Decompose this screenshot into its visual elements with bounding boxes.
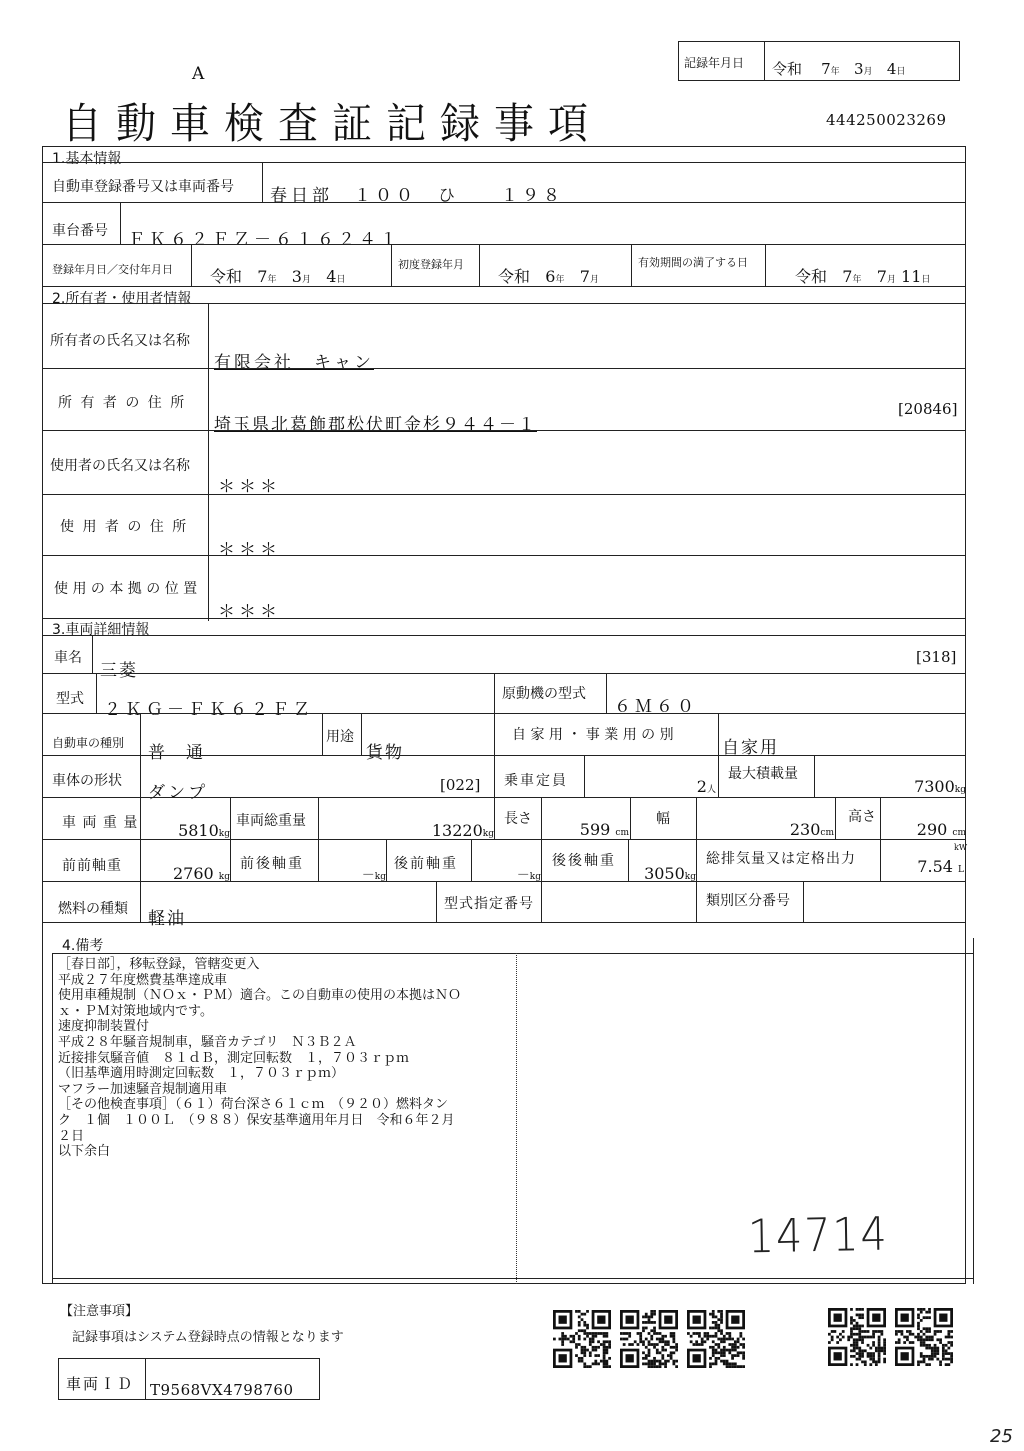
base-location-label: 使 用 の 本 拠 の 位 置 — [54, 578, 197, 598]
first-registration-date: 令和 6年 7月 — [498, 264, 599, 287]
first-registration-label: 初度登録年月 — [398, 256, 464, 272]
page-note: 25 — [990, 1426, 1013, 1447]
body-shape-code: [022] — [440, 776, 480, 794]
model: ２ＫＧ－ＦＫ６２ＦＺ — [104, 695, 314, 720]
expiry-date: 令和 7年 7月 11日 — [795, 264, 930, 287]
vehicle-id-label: 車両ＩＤ — [66, 1373, 134, 1394]
make: 三菱 — [100, 656, 138, 681]
category-label: 自動車の種別 — [52, 734, 124, 751]
max-load-label: 最大積載量 — [728, 763, 798, 783]
displacement: 7.54 L — [880, 857, 964, 876]
notice-text: 記録事項はシステム登録時点の情報となります — [72, 1326, 344, 1345]
record-date-label: 記録年月日 — [684, 54, 744, 71]
qr-code-icon — [687, 1310, 745, 1368]
document-title: 自動車検査証記録事項 — [62, 91, 602, 151]
private-business-label: 自 家 用 ・ 事 業 用 の 別 — [512, 724, 674, 744]
capacity: 2人 — [584, 777, 716, 796]
owner-address-code: [20846] — [898, 400, 957, 418]
qr-code-icon — [620, 1310, 678, 1368]
section3-heading: 3.車両詳細情報 — [52, 619, 149, 639]
document-number: 444250023269 — [826, 111, 947, 129]
qr-code-icon — [553, 1310, 611, 1368]
purpose: 貨物 — [366, 738, 404, 763]
length-label: 長さ — [504, 808, 532, 828]
registration-number-label: 自動車登録番号又は車両番号 — [52, 176, 234, 196]
gross-weight: 13220kg — [318, 821, 494, 840]
registration-date: 令和 7年 3月 4日 — [210, 264, 345, 287]
chassis-number: ＦＫ６２ＦＺ－６１６２４１ — [128, 225, 401, 250]
form-marker: A — [192, 64, 204, 84]
section4-heading: 4.備考 — [62, 935, 103, 955]
purpose-label: 用途 — [326, 726, 354, 746]
displacement-label: 総排気量又は定格出力 — [706, 848, 856, 868]
rf-axle-label: 後前軸重 — [394, 853, 458, 873]
qr-code-icon — [895, 1308, 953, 1366]
section1-heading: 1.基本情報 — [52, 148, 121, 168]
section2-heading: 2.所有者・使用者情報 — [52, 288, 191, 308]
model-label: 型式 — [56, 688, 84, 708]
fr-axle-label: 前後軸重 — [240, 853, 304, 873]
owner-name: 有限会社 キャン — [214, 348, 374, 373]
handwritten-note: 14714 — [747, 1207, 889, 1264]
user-name-label: 使用者の氏名又は名称 — [50, 455, 190, 475]
length: 599 cm — [541, 820, 629, 839]
displacement-unit-kw: kW — [954, 843, 967, 852]
vehicle-weight: 5810kg — [140, 821, 230, 840]
qr-code-icon — [828, 1308, 886, 1366]
record-date: 令和 7年 3月 4日 — [772, 58, 905, 79]
body-shape: ダンプ — [148, 778, 208, 803]
chassis-number-label: 車台番号 — [52, 220, 108, 240]
height: 290 cm — [880, 820, 966, 839]
user-address: ＊＊＊ — [218, 535, 281, 560]
width-label: 幅 — [656, 808, 670, 828]
make-code: [318] — [916, 648, 956, 666]
ff-axle-label: 前前軸重 — [62, 855, 122, 875]
vehicle-id: T9568VX4798760 — [150, 1381, 294, 1399]
vehicle-weight-label: 車 両 重 量 — [62, 812, 138, 832]
gross-weight-label: 車両総重量 — [236, 810, 306, 830]
fuel: 軽油 — [148, 904, 186, 929]
remarks-text: ［春日部］，移転登録，管轄変更入 平成２７年度燃費基準達成車 使用車種規制（ＮＯ… — [58, 957, 461, 1160]
user-address-label: 使 用 者 の 住 所 — [60, 516, 188, 536]
category: 普 通 — [148, 738, 205, 763]
owner-address-label: 所 有 者 の 住 所 — [58, 392, 186, 412]
capacity-label: 乗車定員 — [504, 770, 568, 790]
rr-axle-label: 後後軸重 — [552, 850, 616, 870]
max-load: 7300kg — [814, 777, 966, 796]
classification-label: 類別区分番号 — [706, 890, 790, 910]
width: 230cm — [696, 820, 834, 839]
body-shape-label: 車体の形状 — [52, 770, 122, 790]
engine-model-label: 原動機の型式 — [502, 683, 586, 703]
height-label: 高さ — [848, 806, 876, 826]
expiry-label: 有効期間の満了する日 — [638, 254, 748, 270]
fuel-label: 燃料の種類 — [58, 898, 128, 918]
owner-name-label: 所有者の氏名又は名称 — [50, 330, 190, 350]
registration-date-label: 登録年月日／交付年月日 — [52, 261, 173, 277]
notice-heading: 【注意事項】 — [60, 1300, 138, 1319]
owner-address: 埼玉県北葛飾郡松伏町金杉９４４－１ — [214, 410, 537, 435]
make-label: 車名 — [54, 647, 82, 667]
type-designation-label: 型式指定番号 — [444, 893, 534, 913]
remarks-divider — [516, 953, 517, 1284]
